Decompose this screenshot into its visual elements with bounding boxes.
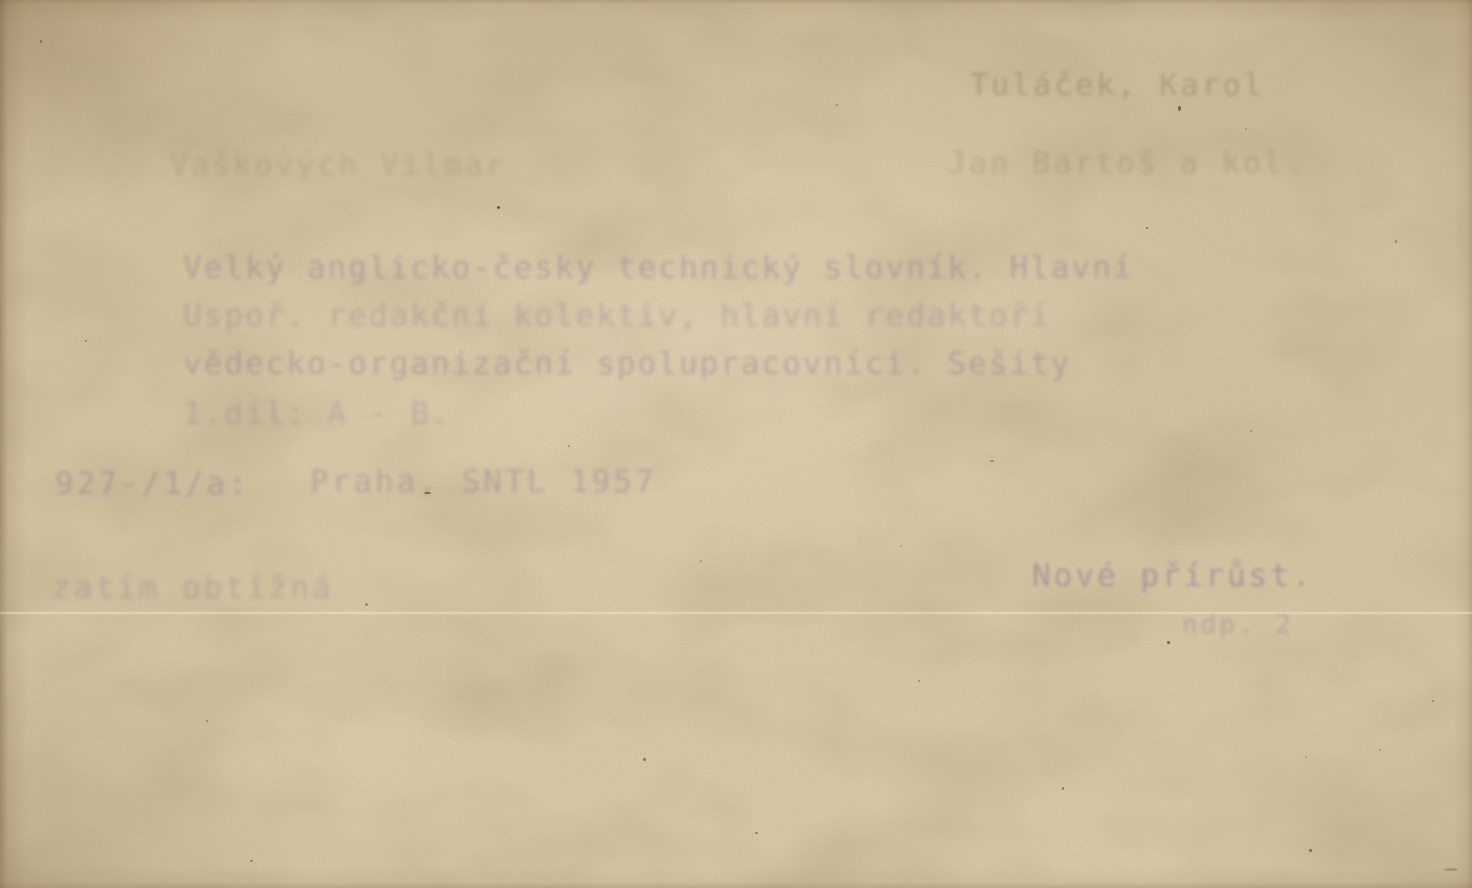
paper-speck xyxy=(424,492,431,494)
secondary-entry-right: Jan Bartoš a kol. xyxy=(948,146,1306,181)
paper-speck xyxy=(1395,240,1397,243)
title-line-4: 1.díl: A - B. xyxy=(183,396,452,432)
paper-speck xyxy=(1305,756,1307,758)
paper-speck xyxy=(700,560,702,562)
paper-speck xyxy=(497,206,500,209)
note-bottom-left: zatím obtížná xyxy=(52,570,334,606)
imprint-line: Praha, SNTL 1957 xyxy=(310,464,657,500)
paper-speck xyxy=(1167,641,1170,644)
paper-scratch-line xyxy=(0,612,1472,614)
paper-speck xyxy=(643,758,646,761)
paper-speck xyxy=(836,104,838,106)
paper-stain xyxy=(60,610,580,850)
paper-stain xyxy=(880,300,1360,560)
paper-stain xyxy=(620,120,1040,300)
paper-speck xyxy=(1444,868,1458,871)
call-number: 927-/1/a: xyxy=(55,466,250,502)
annotation-line-2: ndp. 2 xyxy=(1182,610,1294,640)
paper-speck xyxy=(1379,749,1381,751)
title-line-2: Uspoř. redakční kolektiv, hlavní redakto… xyxy=(183,298,1051,334)
paper-speck xyxy=(1432,700,1434,702)
secondary-entry-left: Vaškových Vilmar xyxy=(170,148,507,183)
paper-speck xyxy=(40,40,42,43)
title-line-1: Velký anglicko-česky technický slovník. … xyxy=(183,250,1134,286)
catalog-card: Tuláček, Karol Vaškových Vilmar Jan Bart… xyxy=(0,0,1472,888)
paper-stain xyxy=(170,40,730,240)
paper-speck xyxy=(900,545,902,547)
paper-speck xyxy=(990,460,994,462)
author-heading-line: Tuláček, Karol xyxy=(970,68,1265,103)
paper-speck xyxy=(918,680,920,682)
scanned-catalog-card-page: Tuláček, Karol Vaškových Vilmar Jan Bart… xyxy=(0,0,1472,888)
paper-mottle-texture xyxy=(0,0,1472,888)
paper-speck xyxy=(1062,787,1064,790)
title-line-3: vědecko-organizační spolupracovníci. Seš… xyxy=(183,346,1072,382)
paper-grain-texture xyxy=(0,0,1472,888)
paper-speck xyxy=(1309,849,1312,852)
annotation-line-1: Nové přírůst. xyxy=(1032,558,1314,594)
paper-speck xyxy=(1245,128,1247,130)
paper-speck xyxy=(365,603,368,606)
paper-speck xyxy=(568,445,570,447)
paper-speck xyxy=(755,832,758,834)
paper-speck xyxy=(206,720,208,722)
paper-speck xyxy=(1146,227,1148,229)
paper-speck xyxy=(1178,106,1181,111)
paper-speck xyxy=(250,860,253,862)
paper-speck xyxy=(1250,430,1252,432)
paper-speck xyxy=(85,340,87,342)
